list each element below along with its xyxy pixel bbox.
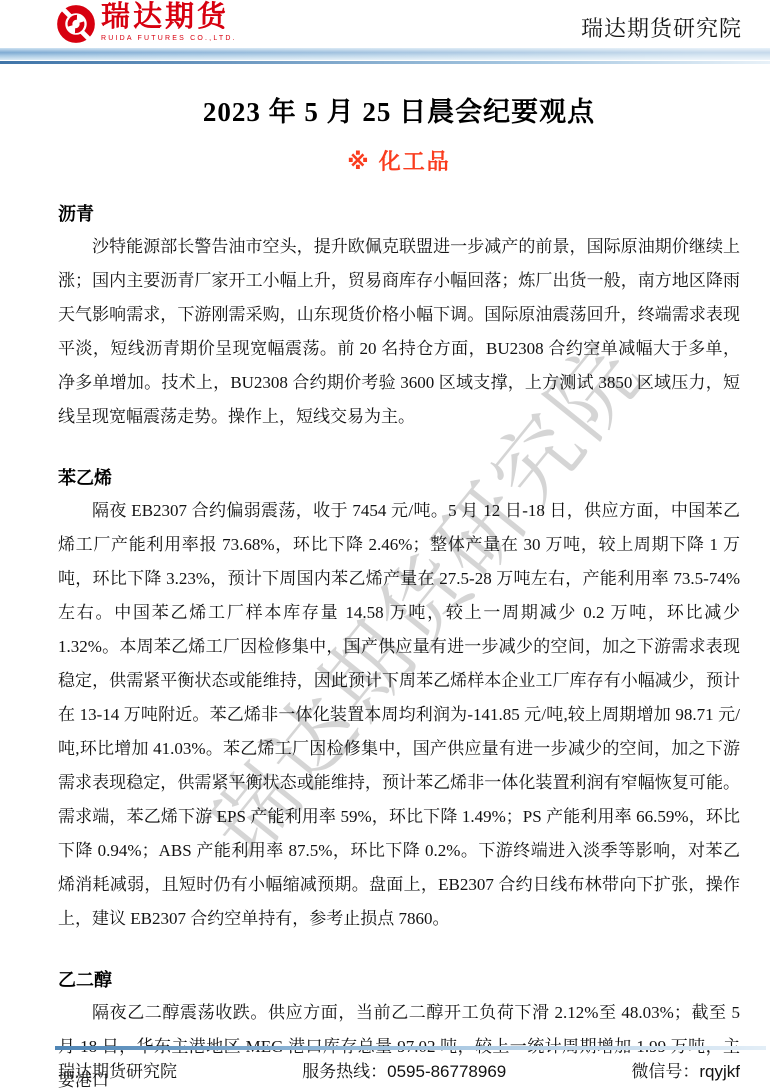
company-logo: 瑞达期货 RUIDA FUTURES CO.,LTD. <box>55 3 237 45</box>
logo-company-name: 瑞达期货 <box>101 3 237 32</box>
footer-wechat-id: rqyjkf <box>699 1062 740 1081</box>
section-heading-meg: 乙二醇 <box>58 966 740 992</box>
footer-divider <box>55 1046 766 1050</box>
footer-hotline: 服务热线：0595-86778969 <box>302 1057 506 1082</box>
section-paragraph-asphalt: 沙特能源部长警告油市空头，提升欧佩克联盟进一步减产的前景，国际原油期价继续上涨；… <box>58 230 740 434</box>
header-divider-edge <box>0 61 770 64</box>
logo-company-name-en: RUIDA FUTURES CO.,LTD. <box>101 35 237 42</box>
section-heading-styrene: 苯乙烯 <box>58 464 740 490</box>
section-paragraph-styrene: 隔夜 EB2307 合约偏弱震荡，收于 7454 元/吨。5 月 12 日-18… <box>58 494 740 936</box>
header-divider-band <box>0 48 770 60</box>
report-page: 瑞达期货 RUIDA FUTURES CO.,LTD. 瑞达期货研究院 瑞达期货… <box>0 0 770 1090</box>
section-styrene: 苯乙烯 隔夜 EB2307 合约偏弱震荡，收于 7454 元/吨。5 月 12 … <box>58 464 740 936</box>
footer-hotline-label: 服务热线： <box>302 1062 387 1081</box>
page-footer: 瑞达期货研究院 服务热线：0595-86778969 微信号：rqyjkf <box>0 1057 770 1082</box>
logo-wordmark: 瑞达期货 RUIDA FUTURES CO.,LTD. <box>101 3 237 42</box>
footer-hotline-number: 0595-86778969 <box>387 1062 506 1081</box>
header-institute-name: 瑞达期货研究院 <box>581 12 742 43</box>
section-asphalt: 沥青 沙特能源部长警告油市空头，提升欧佩克联盟进一步减产的前景，国际原油期价继续… <box>58 200 740 434</box>
section-heading-asphalt: 沥青 <box>58 200 740 226</box>
page-header: 瑞达期货 RUIDA FUTURES CO.,LTD. 瑞达期货研究院 <box>0 0 770 46</box>
page-title: 2023 年 5 月 25 日晨会纪要观点 <box>58 90 740 129</box>
ruida-swirl-logo-icon <box>55 3 97 45</box>
footer-wechat-label: 微信号： <box>631 1062 699 1081</box>
document-body: 2023 年 5 月 25 日晨会纪要观点 ※ 化工品 沥青 沙特能源部长警告油… <box>0 90 770 1090</box>
footer-institute: 瑞达期货研究院 <box>58 1057 177 1082</box>
footer-wechat: 微信号：rqyjkf <box>631 1057 740 1082</box>
category-subtitle: ※ 化工品 <box>58 145 740 176</box>
